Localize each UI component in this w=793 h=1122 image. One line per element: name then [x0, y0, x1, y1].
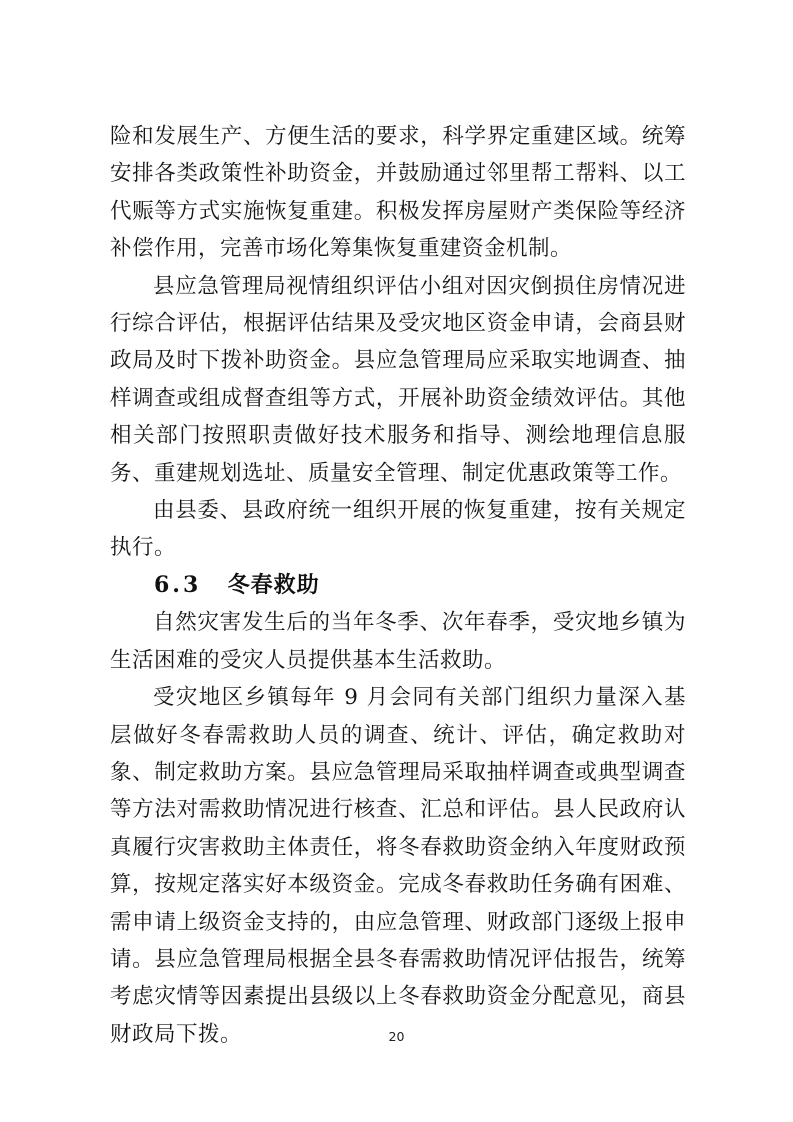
paragraph-recovery-funding: 险和发展生产、方便生活的要求，科学界定重建区域。统筹安排各类政策性补助资金，并鼓… — [110, 118, 686, 268]
paragraph-winter-spring-intro: 自然灾害发生后的当年冬季、次年春季，受灾地乡镇为生活困难的受灾人员提供基本生活救… — [110, 604, 686, 679]
page-footer: 20 — [0, 1028, 793, 1046]
page-body: 险和发展生产、方便生活的要求，科学界定重建区域。统筹安排各类政策性补助资金，并鼓… — [110, 118, 686, 1053]
document-page: 险和发展生产、方便生活的要求，科学界定重建区域。统筹安排各类政策性补助资金，并鼓… — [0, 0, 793, 1122]
paragraph-winter-spring-process: 受灾地区乡镇每年 9 月会同有关部门组织力量深入基层做好冬春需救助人员的调查、统… — [110, 679, 686, 1053]
section-title: 冬春救助 — [228, 572, 320, 598]
page-number: 20 — [389, 1029, 405, 1044]
section-number: 6.3 — [154, 572, 201, 598]
section-heading: 6.3 冬春救助 — [110, 567, 686, 604]
paragraph-county-led-reconstruction: 由县委、县政府统一组织开展的恢复重建，按有关规定执行。 — [110, 492, 686, 567]
paragraph-housing-assessment: 县应急管理局视情组织评估小组对因灾倒损住房情况进行综合评估，根据评估结果及受灾地… — [110, 268, 686, 492]
